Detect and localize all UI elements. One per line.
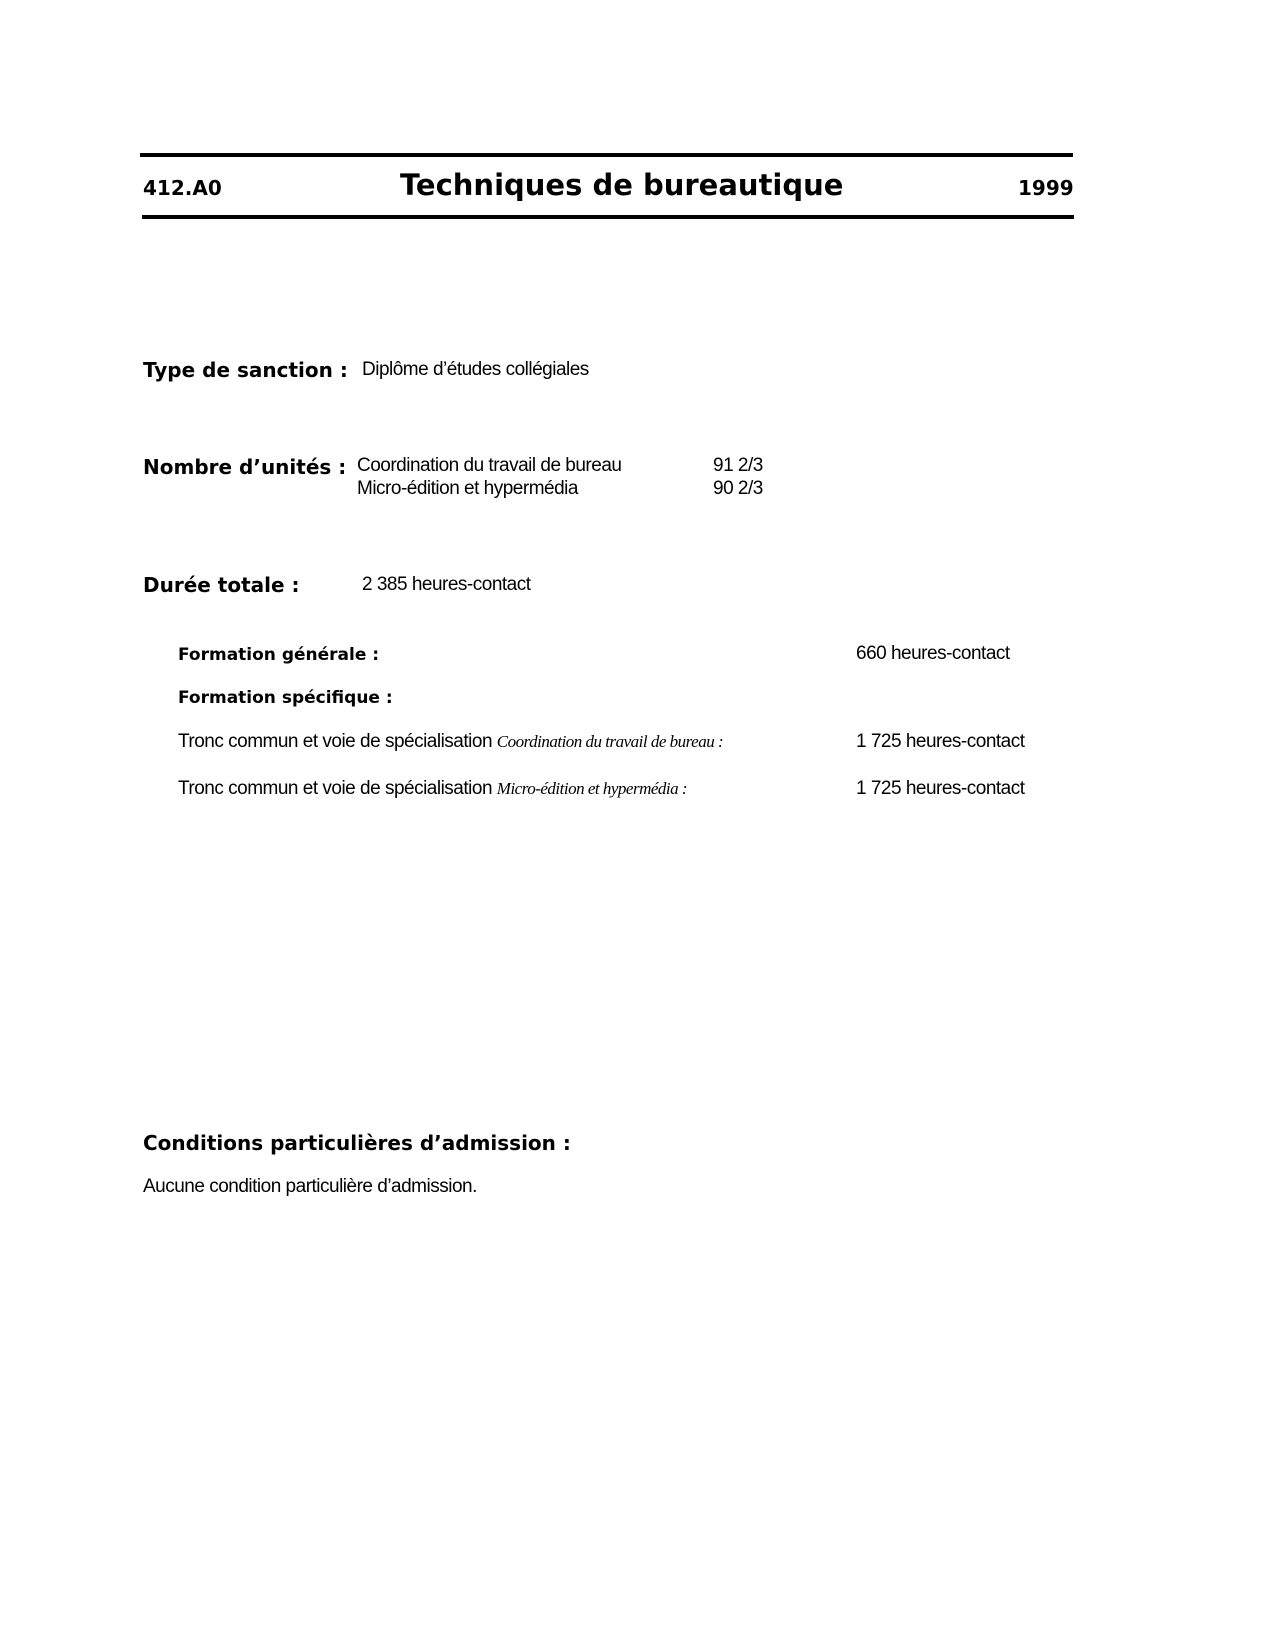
track-name: Coordination du travail de bureau : [497,732,723,751]
duration-value: 2 385 heures-contact [362,574,531,596]
track-prefix: Tronc commun et voie de spécialisation [178,778,492,799]
admission-label: Conditions particulières d’admission : [143,1131,571,1155]
program-year: 1999 [1018,176,1074,200]
duration-label: Durée totale : [143,573,300,597]
specific-training-label: Formation spécifique : [178,688,393,708]
track-value-1: 1 725 heures-contact [856,731,1025,753]
general-training-label: Formation générale : [178,645,379,665]
units-label: Nombre d’unités : [143,455,346,479]
sanction-label: Type de sanction : [143,358,348,382]
track-value-2: 1 725 heures-contact [856,778,1025,800]
admission-text: Aucune condition particulière d’admissio… [143,1176,477,1198]
unit-value-2: 90 2/3 [713,478,763,500]
header-rule-bottom [142,215,1074,219]
track-name: Micro-édition et hypermédia : [497,779,687,798]
track-row-2: Tronc commun et voie de spécialisation M… [178,778,687,800]
unit-name-1: Coordination du travail de bureau [357,455,621,477]
unit-value-1: 91 2/3 [713,455,763,477]
sanction-value: Diplôme d’études collégiales [362,359,589,381]
header-rule-top [140,153,1073,157]
page-title: Techniques de bureautique [400,168,870,202]
unit-name-2: Micro-édition et hypermédia [357,478,578,500]
track-row-1: Tronc commun et voie de spécialisation C… [178,731,723,753]
program-code: 412.A0 [143,176,222,200]
track-prefix: Tronc commun et voie de spécialisation [178,731,492,752]
general-training-value: 660 heures-contact [856,643,1010,665]
